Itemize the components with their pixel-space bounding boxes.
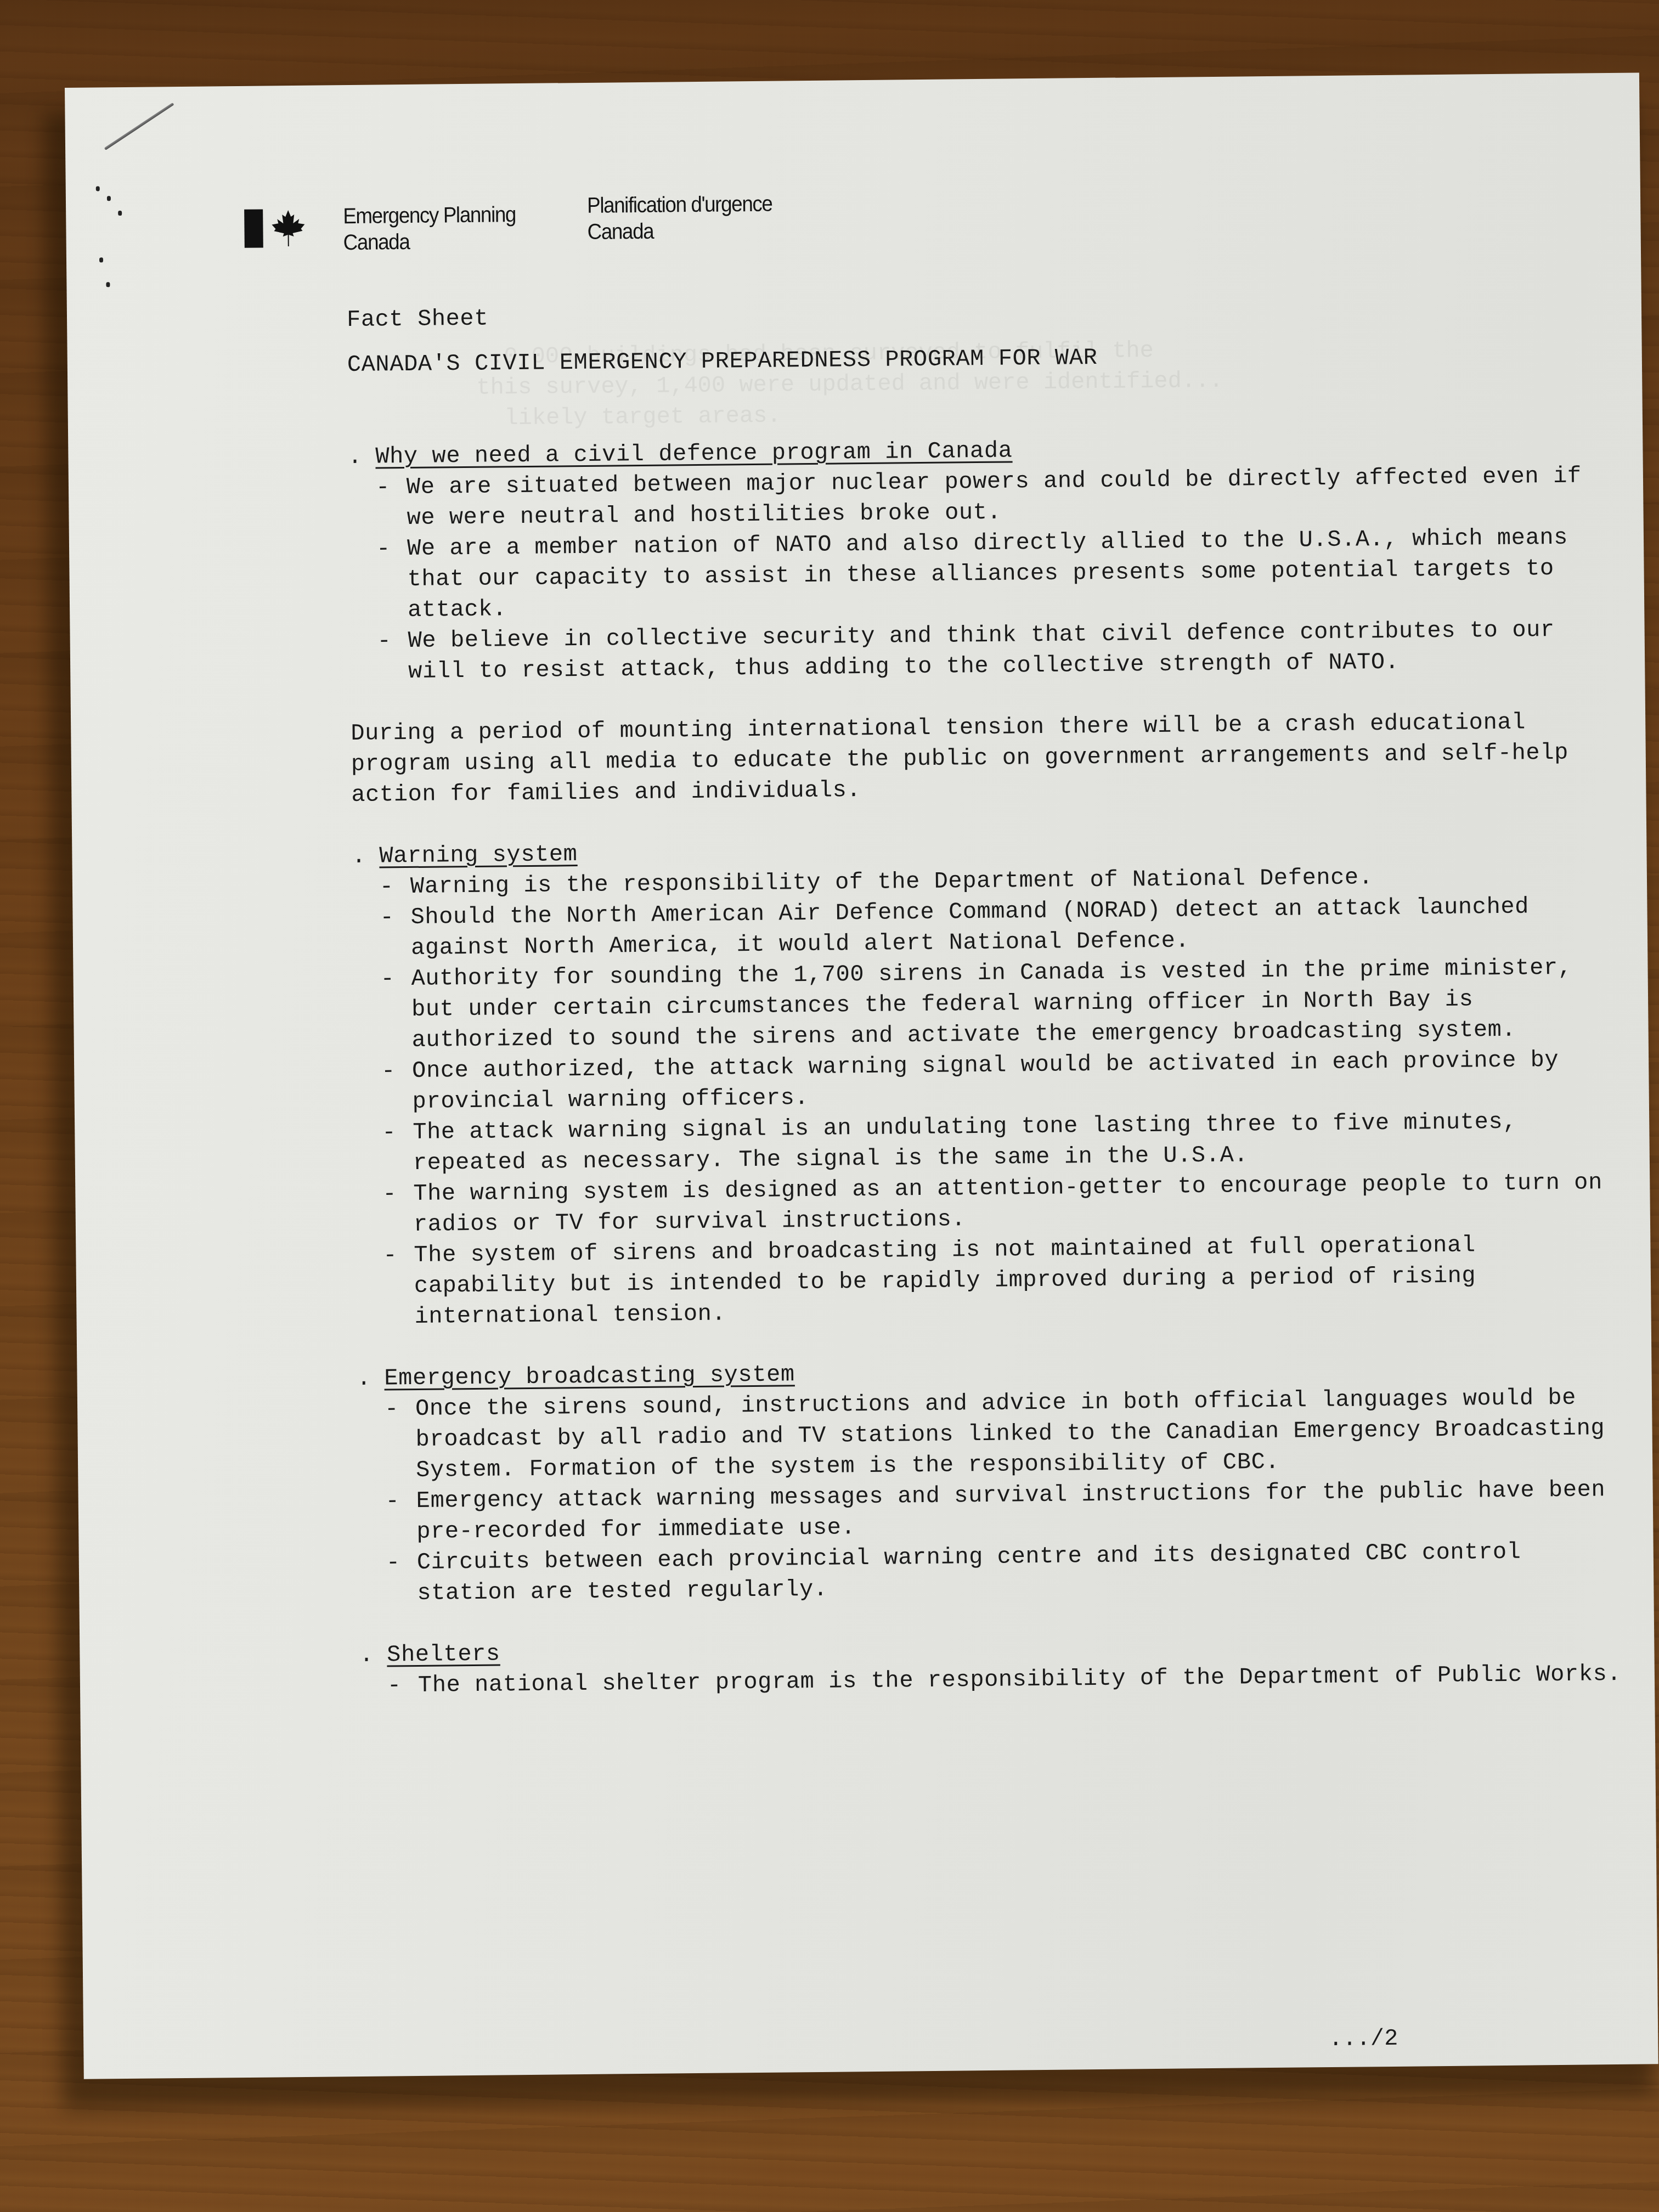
section-bullet: . — [352, 841, 366, 872]
staple — [104, 103, 174, 150]
section-bullet: . — [348, 442, 362, 472]
list-item: Once authorized, the attack warning sign… — [381, 1044, 1616, 1118]
list-item: The system of sirens and broadcasting is… — [383, 1228, 1618, 1333]
org-name-english-line2: Canada — [343, 228, 516, 256]
section-paragraph: During a period of mounting internationa… — [351, 706, 1613, 810]
government-logo — [244, 209, 306, 248]
maple-leaf-icon — [270, 209, 306, 248]
list-item: Emergency attack warning messages and su… — [385, 1474, 1620, 1548]
section-bullet: . — [359, 1640, 374, 1671]
list-item: Once the sirens sound, instructions and … — [385, 1382, 1620, 1486]
org-name-english-line1: Emergency Planning — [343, 201, 516, 229]
list-item: Circuits between each provincial warning… — [386, 1536, 1621, 1609]
list-item: Should the North American Air Defence Co… — [380, 890, 1615, 964]
document-body: Fact Sheet CANADA'S CIVIL EMERGENCY PREP… — [347, 292, 1622, 1732]
org-name-french-line2: Canada — [587, 217, 772, 245]
org-name-english: Emergency Planning Canada — [343, 201, 516, 256]
section-bullet: . — [357, 1363, 371, 1394]
list-item: Authority for sounding the 1,700 sirens … — [380, 952, 1616, 1056]
document-title: CANADA'S CIVIL EMERGENCY PREPAREDNESS PR… — [347, 337, 1609, 380]
fact-sheet-page: Emergency Planning Canada Planification … — [65, 72, 1658, 2079]
list-item: We are a member nation of NATO and also … — [376, 522, 1612, 626]
list-item: We are situated between major nuclear po… — [376, 460, 1611, 534]
section-item-list: Warning is the responsibility of the Dep… — [352, 860, 1618, 1333]
org-name-french-line1: Planification d'urgence — [587, 191, 772, 219]
section-heading-text: Emergency broadcasting system — [384, 1359, 795, 1393]
flag-bar-icon — [244, 210, 263, 248]
section-item-list: Once the sirens sound, instructions and … — [357, 1382, 1621, 1609]
page-continuation: .../2 — [1329, 2025, 1398, 2052]
list-item: The attack warning signal is an undulati… — [382, 1105, 1617, 1179]
document-label: Fact Sheet — [347, 292, 1609, 335]
list-item: The warning system is designed as an att… — [382, 1167, 1617, 1240]
section-item-list: We are situated between major nuclear po… — [348, 460, 1612, 687]
org-name-french: Planification d'urgence Canada — [587, 191, 772, 245]
sections: .Why we need a civil defence program in … — [348, 430, 1622, 1701]
section-heading-text: Shelters — [387, 1639, 500, 1671]
list-item: We believe in collective security and th… — [377, 614, 1612, 687]
section-heading-text: Warning system — [379, 839, 578, 871]
staple-holes — [65, 72, 1639, 88]
